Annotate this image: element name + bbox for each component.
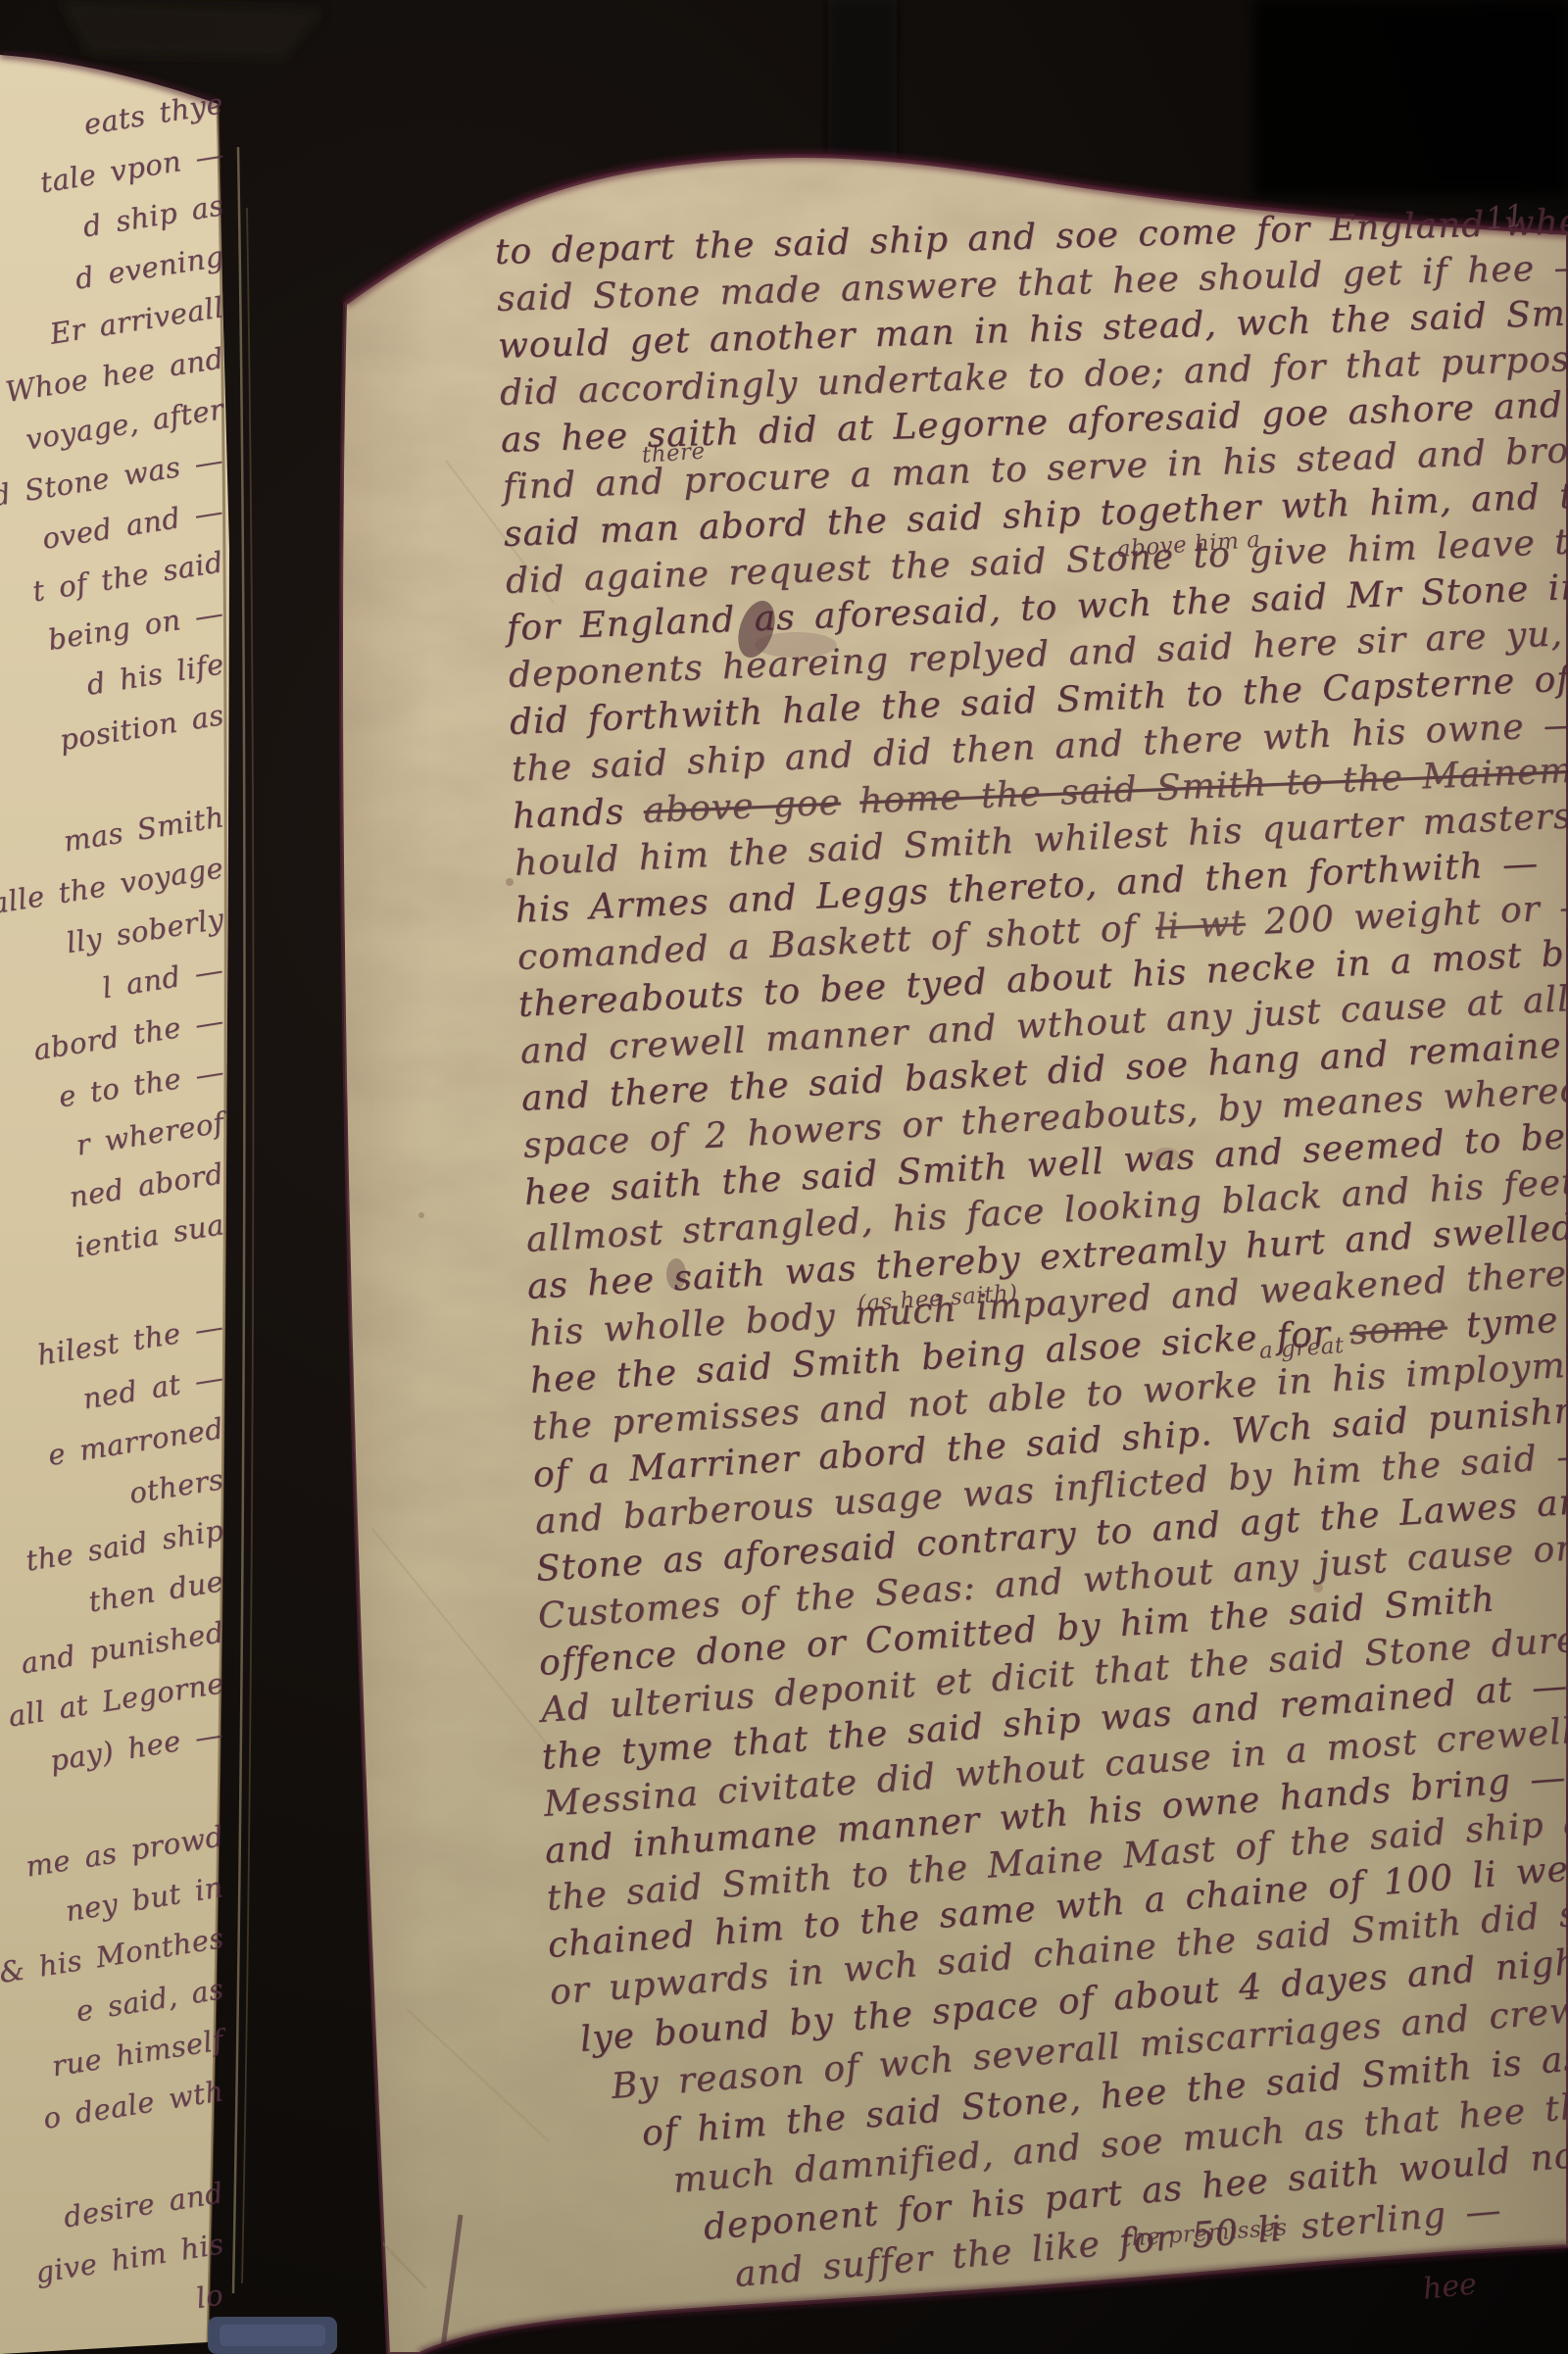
- catchword: hee: [1421, 2267, 1478, 2307]
- interlined-insertion: there: [641, 439, 706, 468]
- page-number: 11: [1484, 198, 1526, 237]
- struck-out-text: some: [1348, 1306, 1448, 1352]
- manuscript-text-block: to depart the said ship and soe come for…: [0, 0, 1568, 2354]
- struck-out-text: li wt: [1154, 904, 1247, 948]
- struck-out-text: above goe: [643, 782, 842, 831]
- manuscript-photograph: eats thyetale vpon —d ship asd eveningEr…: [0, 0, 1568, 2354]
